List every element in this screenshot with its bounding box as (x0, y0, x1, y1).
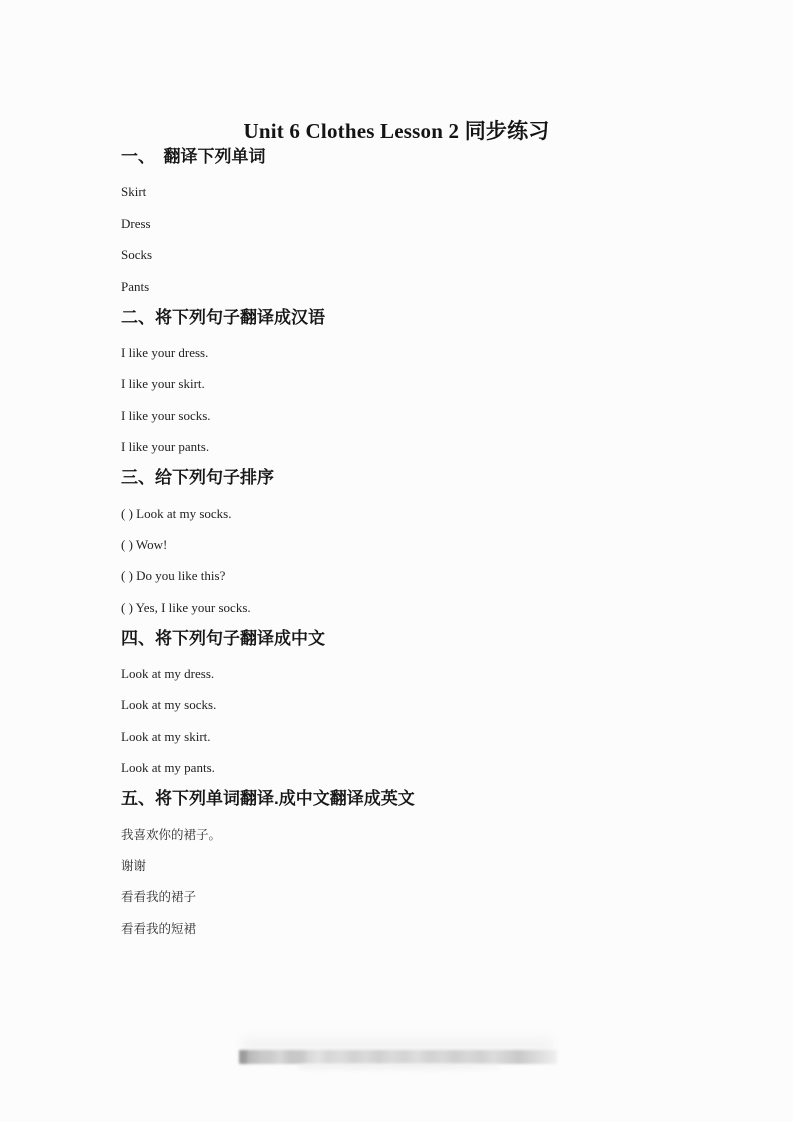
blurred-watermark (239, 1038, 557, 1076)
exercise-line: I like your pants. (121, 440, 701, 454)
section-3-heading: 三、给下列句子排序 (121, 467, 701, 489)
exercise-line: Pants (121, 280, 701, 294)
exercise-line: Skirt (121, 185, 701, 199)
section-2-heading: 二、将下列句子翻译成汉语 (121, 307, 701, 329)
exercise-line: 看看我的裙子 (121, 890, 701, 904)
section-3-order-sentences: 三、给下列句子排序 ( ) Look at my socks. ( ) Wow!… (121, 467, 701, 615)
section-4-translate-sentences: 四、将下列句子翻译成中文 Look at my dress. Look at m… (121, 628, 701, 776)
exercise-line: 看看我的短裙 (121, 922, 701, 936)
section-1-translate-words: 一、 翻译下列单词 Skirt Dress Socks Pants (121, 146, 701, 294)
exercise-line: I like your socks. (121, 409, 701, 423)
exercise-line: Dress (121, 217, 701, 231)
watermark-band (239, 1050, 557, 1064)
exercise-line: ( ) Wow! (121, 538, 701, 552)
exercise-line: I like your dress. (121, 346, 701, 360)
exercise-line: Look at my skirt. (121, 730, 701, 744)
section-2-translate-to-chinese: 二、将下列句子翻译成汉语 I like your dress. I like y… (121, 307, 701, 455)
exercise-line: ( ) Yes, I like your socks. (121, 601, 701, 615)
exercise-line: 谢谢 (121, 859, 701, 873)
section-4-heading: 四、将下列句子翻译成中文 (121, 628, 701, 650)
section-1-heading: 一、 翻译下列单词 (121, 146, 701, 168)
watermark-haze (243, 1038, 553, 1054)
exercise-line: Look at my dress. (121, 667, 701, 681)
section-5-heading: 五、将下列单词翻译.成中文翻译成英文 (121, 788, 701, 810)
exercise-line: ( ) Look at my socks. (121, 507, 701, 521)
exercise-line: Look at my pants. (121, 761, 701, 775)
section-5-translate-both-ways: 五、将下列单词翻译.成中文翻译成英文 我喜欢你的裙子。 谢谢 看看我的裙子 看看… (121, 788, 701, 936)
worksheet-page: Unit 6 Clothes Lesson 2 同步练习 一、 翻译下列单词 S… (0, 0, 793, 1122)
watermark-tail (299, 1064, 499, 1074)
worksheet-content: 一、 翻译下列单词 Skirt Dress Socks Pants 二、将下列句… (121, 0, 701, 949)
exercise-line: 我喜欢你的裙子。 (121, 828, 701, 842)
exercise-line: ( ) Do you like this? (121, 569, 701, 583)
exercise-line: I like your skirt. (121, 377, 701, 391)
exercise-line: Look at my socks. (121, 698, 701, 712)
exercise-line: Socks (121, 248, 701, 262)
